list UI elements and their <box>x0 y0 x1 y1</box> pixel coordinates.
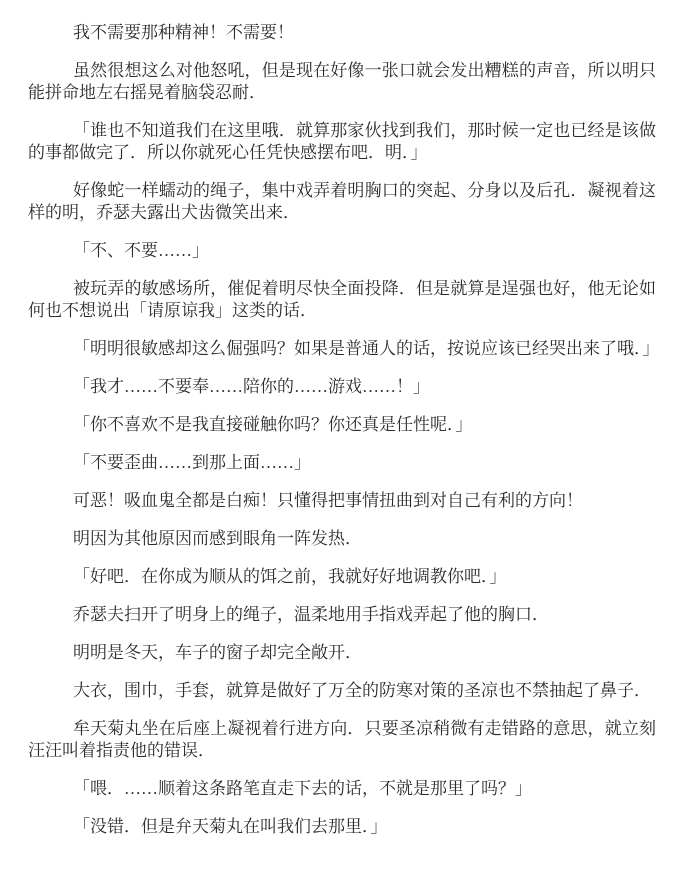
paragraph: 「不要歪曲……到那上面……」 <box>28 452 656 474</box>
paragraph: 「不、不要……」 <box>28 240 656 262</box>
paragraph: 我不需要那种精神！不需要！ <box>28 22 656 44</box>
paragraph: 明明是冬天，车子的窗子却完全敞开． <box>28 642 656 664</box>
paragraph: 乔瑟夫扫开了明身上的绳子，温柔地用手指戏弄起了他的胸口． <box>28 604 656 626</box>
paragraph: 牟天菊丸坐在后座上凝视着行进方向．只要圣凉稍微有走错路的意思，就立刻汪汪叫着指责… <box>28 718 656 762</box>
paragraph: 「喂．……顺着这条路笔直走下去的话，不就是那里了吗？」 <box>28 778 656 800</box>
paragraph: 好像蛇一样蠕动的绳子，集中戏弄着明胸口的突起、分身以及后孔．凝视着这样的明，乔瑟… <box>28 180 656 224</box>
paragraph: 明因为其他原因而感到眼角一阵发热． <box>28 528 656 550</box>
paragraph: 虽然很想这么对他怒吼，但是现在好像一张口就会发出糟糕的声音，所以明只能拼命地左右… <box>28 60 656 104</box>
paragraph: 「我才……不要奉……陪你的……游戏……！」 <box>28 376 656 398</box>
paragraph: 「你不喜欢不是我直接碰触你吗？你还真是任性呢．」 <box>28 414 656 436</box>
document-page: 我不需要那种精神！不需要！ 虽然很想这么对他怒吼，但是现在好像一张口就会发出糟糕… <box>0 0 680 880</box>
paragraph: 「没错．但是弁天菊丸在叫我们去那里．」 <box>28 816 656 838</box>
paragraph: 「明明很敏感却这么倔强吗？如果是普通人的话，按说应该已经哭出来了哦．」 <box>28 338 656 360</box>
paragraph: 被玩弄的敏感场所，催促着明尽快全面投降．但是就算是逞强也好，他无论如何也不想说出… <box>28 278 656 322</box>
paragraph: 大衣，围巾，手套，就算是做好了万全的防寒对策的圣凉也不禁抽起了鼻子． <box>28 680 656 702</box>
paragraph: 可恶！吸血鬼全都是白痴！只懂得把事情扭曲到对自己有利的方向！ <box>28 490 656 512</box>
paragraph: 「谁也不知道我们在这里哦．就算那家伙找到我们，那时候一定也已经是该做的事都做完了… <box>28 120 656 164</box>
paragraph: 「好吧．在你成为顺从的饵之前，我就好好地调教你吧．」 <box>28 566 656 588</box>
